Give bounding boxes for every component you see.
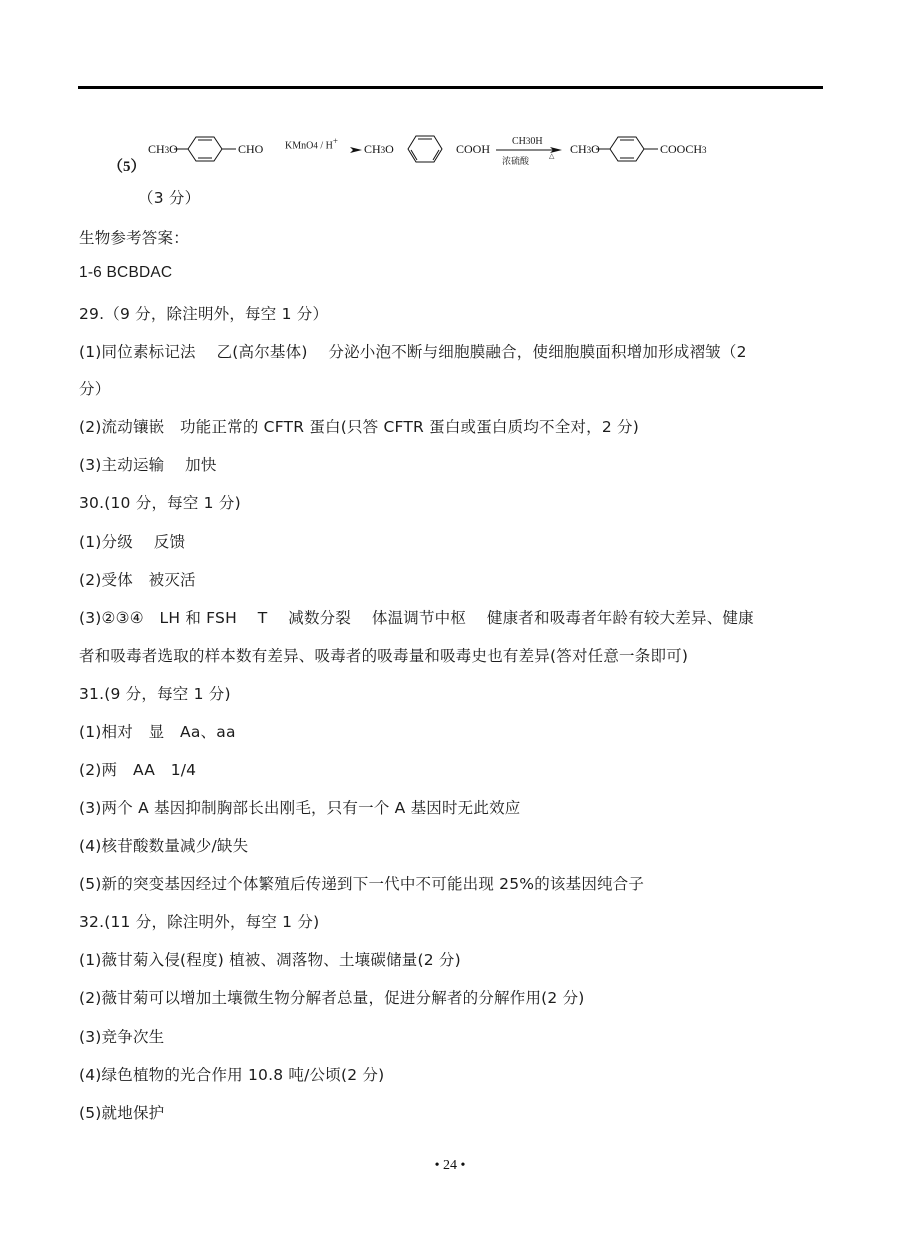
answer-line: (1)薇甘菊入侵(程度) 植被、凋落物、土壤碳储量(2 分) <box>79 948 461 970</box>
header-rule <box>78 86 823 89</box>
answer-line: (3)主动运输 加快 <box>79 453 217 475</box>
step2-reagent-bottom: 浓硫酸 <box>502 154 529 167</box>
answer-line: 31.(9 分，每空 1 分) <box>79 682 231 704</box>
answer-line: (2)受体 被灭活 <box>79 568 196 590</box>
answer-line: (2)薇甘菊可以增加土壤微生物分解者总量，促进分解者的分解作用(2 分) <box>79 986 585 1008</box>
answer-line: (3)②③④ LH 和 FSH T 减数分裂 体温调节中枢 健康者和吸毒者年龄有… <box>79 606 754 628</box>
answer-line: (4)核苷酸数量减少/缺失 <box>79 834 248 856</box>
arrow-icon <box>350 146 362 154</box>
mc-answers: 1-6 BCBDAC <box>79 264 172 282</box>
answer-line: (2)两 AA 1/4 <box>79 758 196 780</box>
chem-score-note: （3 分） <box>138 186 200 208</box>
answer-line: (2)流动镶嵌 功能正常的 CFTR 蛋白(只答 CFTR 蛋白或蛋白质均不全对… <box>79 415 639 437</box>
reaction-scheme: （5） CH3O CHO KMnO4 / H+ CH3O COOH CH30H … <box>0 120 900 180</box>
product-right-group: COOCH3 <box>660 142 707 157</box>
answer-line: (3)竞争次生 <box>79 1025 164 1047</box>
answer-line: 32.(11 分，除注明外，每空 1 分) <box>79 910 319 932</box>
benzene-ring-icon <box>404 133 448 165</box>
answer-line: 29.（9 分，除注明外，每空 1 分） <box>79 302 328 324</box>
benzene-ring-icon <box>596 134 660 164</box>
answer-line: 30.(10 分，每空 1 分) <box>79 491 241 513</box>
answer-line: (5)就地保护 <box>79 1101 164 1123</box>
intermediate-right-group: COOH <box>456 142 490 157</box>
benzene-ring-icon <box>174 134 238 164</box>
answer-line: (1)分级 反馈 <box>79 530 185 552</box>
reactant-right-group: CHO <box>238 142 263 157</box>
answer-line: (4)绿色植物的光合作用 10.8 吨/公顷(2 分) <box>79 1063 384 1085</box>
biology-heading: 生物参考答案： <box>79 226 189 248</box>
answer-line: 分） <box>79 377 110 399</box>
question-label: （5） <box>108 155 146 176</box>
heat-symbol: △ <box>549 152 554 160</box>
step1-reagent: KMnO4 / H+ <box>285 136 338 151</box>
intermediate-left-group: CH3O <box>364 142 394 157</box>
answer-line: (1)同位素标记法 乙(高尔基体) 分泌小泡不断与细胞膜融合，使细胞膜面积增加形… <box>79 340 747 362</box>
answer-line: (1)相对 显 Aa、aa <box>79 720 236 742</box>
answer-line: (5)新的突变基因经过个体繁殖后传递到下一代中不可能出现 25%的该基因纯合子 <box>79 872 644 894</box>
answer-line: (3)两个 A 基因抑制胸部长出刚毛，只有一个 A 基因时无此效应 <box>79 796 520 818</box>
answer-line: 者和吸毒者选取的样本数有差异、吸毒者的吸毒量和吸毒史也有差异(答对任意一条即可) <box>79 644 688 666</box>
page-number: • 24 • <box>0 1158 900 1174</box>
